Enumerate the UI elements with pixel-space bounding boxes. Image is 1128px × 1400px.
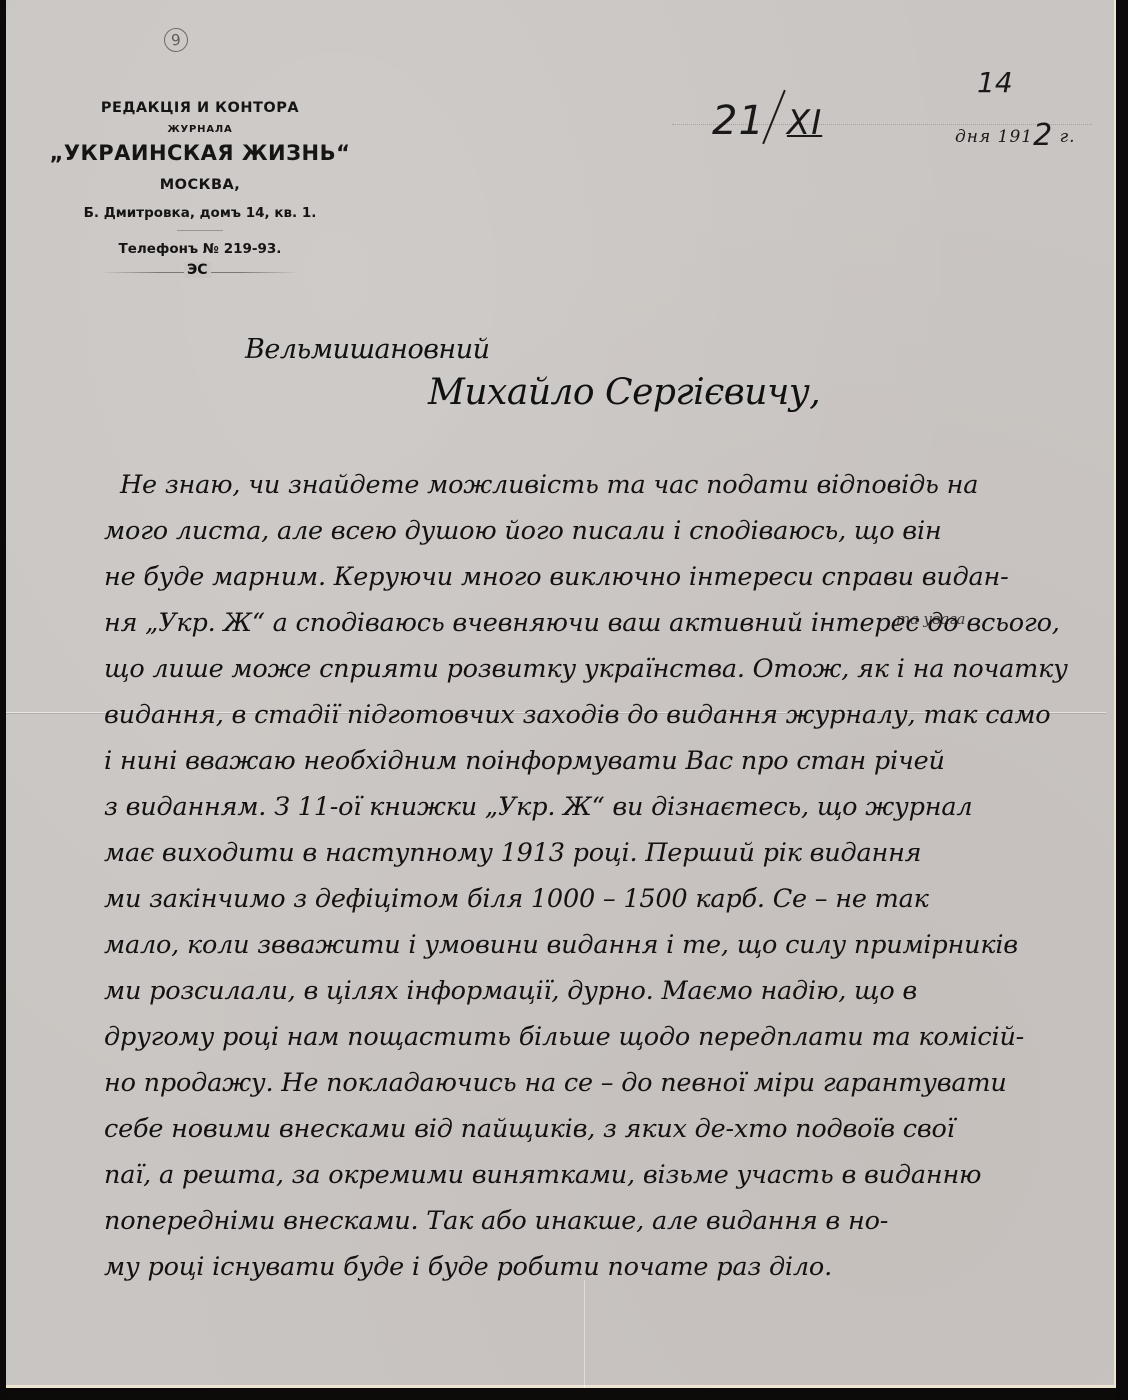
salutation-addressee: Михайло Сергієвичу,	[428, 372, 820, 413]
salutation-honorific: Вельмишановний	[245, 334, 489, 365]
letterhead-journal-label: ЖУРНАЛА	[40, 124, 360, 135]
letter-date-line: дня 1912 г.	[955, 115, 1076, 150]
letter-day: 14	[977, 66, 1013, 99]
body-line: з виданням. З 11-ої книжки „Укр. Ж“ ви д…	[104, 784, 1064, 830]
received-day: 21	[712, 98, 765, 144]
received-month: XI	[787, 103, 822, 143]
body-line: но продажу. Не покладаючись на се – до п…	[104, 1060, 1064, 1106]
letter-year-digit: 2	[1033, 118, 1053, 153]
letterhead-ornament-icon: ЭС	[100, 265, 300, 279]
letterhead: РЕДАКЦІЯ И КОНТОРА ЖУРНАЛА „УКРАИНСКАЯ Ж…	[40, 96, 360, 279]
letter-year-suffix: г.	[1060, 127, 1076, 147]
body-line: має виходити в наступному 1913 році. Пер…	[104, 830, 1064, 876]
letter-date-label: дня 191	[955, 127, 1033, 147]
date-slash	[762, 90, 786, 145]
body-line: і нині вважаю необхідним поінформувати В…	[104, 738, 1064, 784]
body-line: видання, в стадії підготовчих заходів до…	[104, 692, 1064, 738]
letterhead-city: МОСКВА,	[40, 177, 360, 193]
body-line: не буде марним. Керуючи много виключно і…	[104, 554, 1064, 600]
paper-fold-vertical	[584, 1280, 585, 1388]
body-line: ня „Укр. Ж“ а сподіваюсь вчевняючи ваш а…	[104, 600, 1064, 646]
body-line: Не знаю, чи знайдете можливість та час п…	[104, 462, 1064, 508]
letterhead-divider	[177, 230, 223, 231]
body-line: другому році нам пощастить більше щодо п…	[104, 1014, 1064, 1060]
body-line: му році існувати буде і буде робити поча…	[104, 1244, 1064, 1290]
letterhead-phone: Телефонъ № 219-93.	[40, 241, 360, 257]
letterhead-editorial-office: РЕДАКЦІЯ И КОНТОРА	[40, 100, 360, 116]
body-line: що лише може сприяти розвитку українства…	[104, 646, 1064, 692]
body-line: ми розсилали, в цілях інформації, дурно.…	[104, 968, 1064, 1014]
body-line: паї, а решта, за окремими винятками, віз…	[104, 1152, 1064, 1198]
body-line: попередніми внесками. Так або инакше, ал…	[104, 1198, 1064, 1244]
letter-body: та увага Не знаю, чи знайдете можливість…	[104, 462, 1064, 1290]
body-line: себе новими внесками від пайщиків, з яки…	[104, 1106, 1064, 1152]
body-line: мало, коли звважити і умовини видання і …	[104, 922, 1064, 968]
scan-border-right	[1116, 0, 1128, 1400]
letterhead-address: Б. Дмитровка, домъ 14, кв. 1.	[40, 205, 360, 221]
body-line: ми закінчимо з дефіцітом біля 1000 – 150…	[104, 876, 1064, 922]
body-line: мого листа, але всею душою його писали і…	[104, 508, 1064, 554]
received-date-stamp: 21XI	[712, 94, 822, 152]
letterhead-journal-title: „УКРАИНСКАЯ ЖИЗНЬ“	[40, 141, 360, 165]
